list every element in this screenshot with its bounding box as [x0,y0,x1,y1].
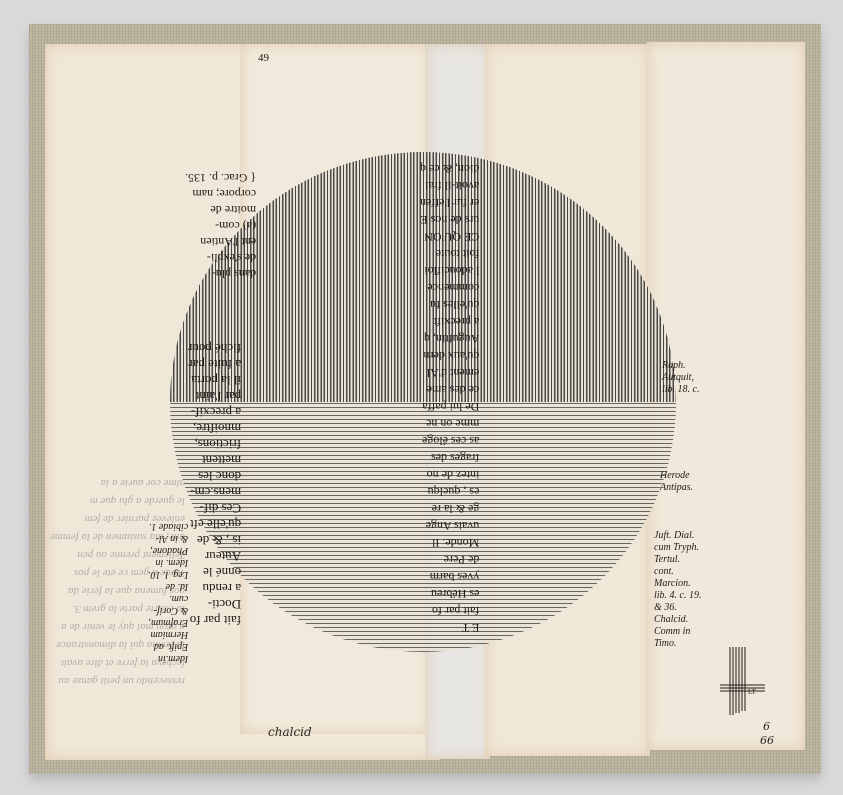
monogram-cross-icon [720,645,780,715]
inventory-number-2: 66 [760,734,774,747]
margin-notes-right-bottom: Juft. Dial. cum Tryph. Tertul. cont. Mar… [654,530,702,650]
inventory-number-1: 6 [763,720,770,733]
margin-notes-right-top: Raph. Autquit, lib. 18. c. [662,360,700,396]
page-number: 49 [258,52,269,64]
margin-notes-left: Idem.in Epift. ad Hermiam Erafmum, & Cor… [148,520,188,664]
margin-notes-right-mid: Herode Antipas. [660,470,693,494]
text-column-left-upper: dans plu- de s'expli- ent l'Antien (a) c… [185,170,256,282]
text-column-center: E T fait par fo es Hébreu yves barm de P… [420,160,479,636]
handwritten-label: chalcid [268,725,312,739]
text-column-left: fait par fo Docti- a rendu onné le Auteu… [188,340,241,628]
monogram-letters: LT [748,686,756,698]
